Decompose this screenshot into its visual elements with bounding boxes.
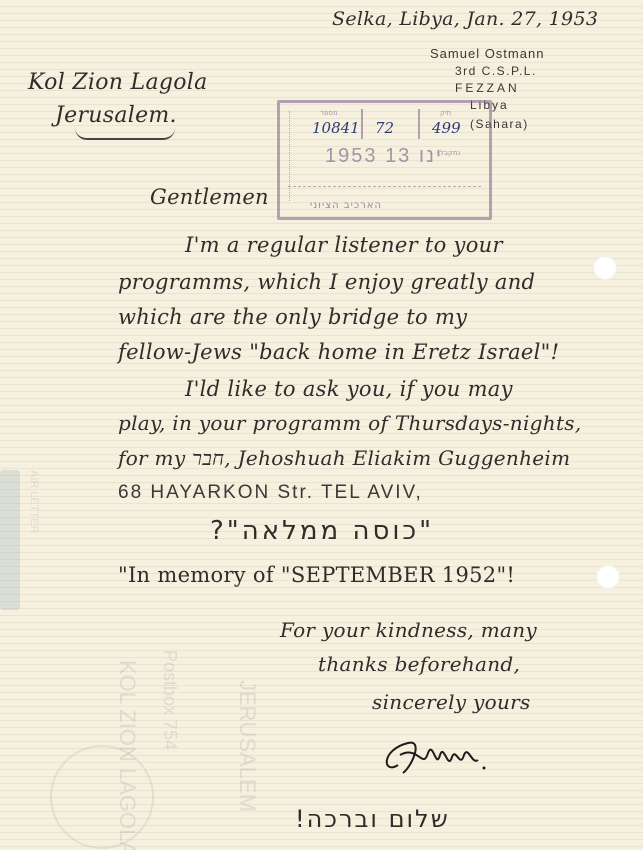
- salutation: Gentlemen: [150, 185, 269, 209]
- closing-line: sincerely yours: [372, 690, 531, 714]
- recipient-line-1: Kol Zion Lagola: [28, 70, 208, 95]
- stamp-number-3: 499: [432, 119, 461, 137]
- recipient-underline: [75, 128, 175, 140]
- sender-name: Samuel Ostmann: [430, 46, 544, 61]
- stamp-footer: הארכיב הציוני: [310, 200, 382, 211]
- body-address-line: 68 HAYARKON Str. TEL AVIV,: [118, 482, 423, 504]
- body-line: for my חבר, Jehoshuah Eliakim Guggenheim: [118, 446, 570, 471]
- stamp-number-1: 10841: [312, 119, 360, 137]
- dedication: "In memory of "SEPTEMBER 1952"!: [118, 563, 515, 587]
- hebrew-signoff: שלום וברכה!: [295, 805, 450, 833]
- body-line: fellow-Jews "back home in Eretz Israel"!: [118, 340, 559, 364]
- punch-hole: [596, 565, 620, 589]
- body-line: play, in your programm of Thursdays-nigh…: [118, 411, 582, 435]
- body-line: I'm a regular listener to your: [185, 233, 503, 257]
- signature: [378, 735, 488, 780]
- letter-page: KOL ZION LAGOLA JERUSALEM Postbox 754 AI…: [0, 0, 643, 850]
- ghost-envelope-line: AIR LETTER: [28, 470, 40, 534]
- sender-unit: 3rd C.S.P.L.: [455, 64, 537, 78]
- ghost-air-letter-panel: [0, 470, 20, 610]
- place-date: Selka, Libya, Jan. 27, 1953: [332, 8, 598, 30]
- sender-region: FEZZAN: [455, 81, 520, 95]
- stamp-label: נתקבל: [440, 149, 460, 157]
- archive-received-stamp: מספר תיק נתקבל 10841 72 499 1953 ינו 13 …: [277, 100, 492, 220]
- stamp-label: תיק: [440, 109, 451, 117]
- closing-line: thanks beforehand,: [318, 652, 520, 676]
- recipient-line-2: Jerusalem.: [55, 103, 177, 128]
- ghost-envelope-line: JERUSALEM: [234, 680, 260, 812]
- stamp-number-2: 72: [375, 119, 394, 137]
- closing-line: For your kindness, many: [280, 618, 537, 642]
- ghost-envelope-line: Postbox 754: [159, 650, 180, 750]
- stamp-date: 1953 ינו 13: [325, 145, 443, 168]
- punch-hole: [593, 256, 617, 280]
- stamp-label: מספר: [320, 109, 338, 117]
- body-line: which are the only bridge to my: [118, 305, 467, 329]
- body-line: I'ld like to ask you, if you may: [185, 377, 513, 401]
- body-line: programms, which I enjoy greatly and: [118, 270, 535, 294]
- ghost-envelope-line: KOL ZION LAGOLA: [114, 660, 140, 850]
- song-title: "כוסה ממלאה"?: [210, 516, 434, 546]
